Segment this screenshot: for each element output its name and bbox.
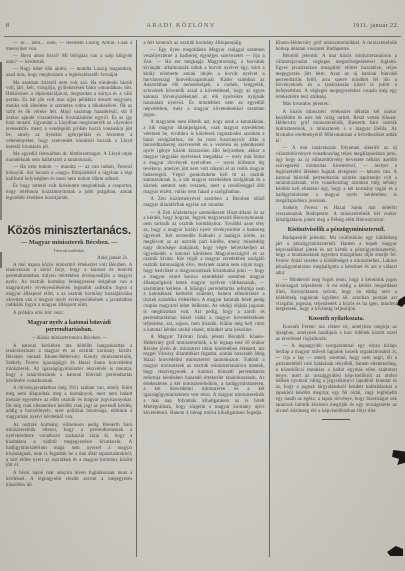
paragraph: A közös miniszteri értekezlet délután ké… (276, 110, 397, 145)
page-header: 8 ARADI KÖZLÖNY 1911. január 22. (6, 22, 399, 29)
article-subhead: — Magyar miniszterek Bécsben. — (6, 239, 132, 246)
right-top-body: Bécsből jelentik: A mai közös minisztert… (276, 54, 397, 224)
paragraph: A magyarok nem élhetik azt, hogy azok a … (143, 120, 264, 196)
paragraph: — Nagy lehet időt ajulni, — mondta Luszi… (6, 67, 132, 79)
scan-edge-artifact (0, 252, 2, 268)
header-rule (4, 36, 401, 37)
crosshead-kossuth: Kossuth nyilatkozata. (282, 316, 391, 324)
paragraph: És hogy rettetel volt hirlelemre megindí… (6, 184, 132, 202)
middle-body: — Egy ilyen megoldásra Magyar csálggal s… (143, 48, 264, 416)
paragraph: — A legnagyobb szorgalommal egy olyan hí… (276, 344, 397, 414)
paragraph: — Ha nem tudom — mondta — az van tudom, … (6, 165, 132, 183)
article-kicker: Távirati tudósítás. (6, 248, 132, 253)
crosshead-finance-minister: Kistisztviselők a pénzügyminiszternél. (282, 227, 391, 235)
article-body: A katonai körökben ma délelőtt hangoskod… (6, 344, 132, 489)
paragraph: — Hová ámos bácsi? Mi bőrigáza van a szé… (6, 54, 132, 66)
column-right: Khuen-Héderváry gróf miniszterelnökkel. … (269, 40, 401, 557)
paragraph: — A mai tanácskozás folyamán sikerült az… (276, 146, 397, 204)
paragraph: A törvényjavaslatban még 1911 szóban van… (6, 386, 132, 421)
paragraph: A katonai körökben ma délelőtt hangoskod… (6, 344, 132, 385)
paragraph: Más hivatalos jelentés: (276, 102, 397, 108)
article-headline-block: Közös minisztertanács. — Magyar miniszte… (6, 225, 132, 253)
right-bottom-body: Kossuth Ferenc ma cikket írt, amelyben m… (276, 325, 397, 414)
continuation-paragraph: a fért ismerult az osztrák kormány állás… (143, 41, 264, 47)
paragraph: — Minderről meg fogok tenni, hogy a kére… (276, 278, 397, 313)
newspaper-page: 8 ARADI KÖZLÖNY 1911. január 22. — Jó… n… (0, 0, 405, 571)
scan-edge-artifact (0, 62, 2, 120)
paragraph: A Magyar Távirati Iroda jelenti Bécsből:… (143, 335, 264, 417)
paragraph: Budapestről jelentik: Ma csütörtökön egy… (276, 236, 397, 277)
paragraph: Székely Ferenc és Hazai Samu már délelőt… (276, 206, 397, 224)
paragraph: Kossuth Ferenc ma cikket írt, amelyben m… (276, 325, 397, 343)
paragraph: A próbára erős hírt vesz: (6, 311, 132, 317)
paragraph: — A Zeit közleménye szemelkezett Hiszt-á… (143, 211, 264, 334)
column-left: — Jó… nem… nem, — felelném Luszig Ármin.… (4, 40, 136, 557)
right-mid-body: Budapestről jelentik: Ma csütörtökön egy… (276, 236, 397, 313)
crosshead-subtitle: — Közös minisztertanács Bécsben. — (6, 336, 132, 341)
crosshead-military-language: Magyar nyelv a katonai bünvádi perrendta… (12, 320, 126, 335)
masthead: ARADI KÖZLÖNY (146, 22, 215, 29)
paragraph: Az osztrák kormány, előzetesen pedig Bie… (6, 423, 132, 470)
column-grid: — Jó… nem… nem, — felelném Luszig Ármin.… (4, 40, 401, 557)
article-lead: A mai napon közös miniszteri értekezlet … (6, 263, 132, 317)
scan-edge-artifact (0, 150, 2, 220)
paragraph: Ma egyedül februárban dr. hitelbizottság… (6, 152, 132, 164)
page-number: 8 (6, 22, 10, 29)
paragraph: Bécsből jelentik: A mai közös minisztert… (276, 54, 397, 101)
paragraph: A mai napon közös miniszteri értekezlet … (6, 263, 132, 310)
column-middle: a fért ismerult az osztrák kormány állás… (136, 40, 268, 557)
continuation-paragraph: Khuen-Héderváry gróf miniszterelnökkel. … (276, 41, 397, 53)
paragraph: A bécsi lapok már annyira híven foglalko… (6, 471, 132, 489)
paragraph: — Jó… nem… nem, — felelném Luszig Ármin.… (6, 41, 132, 53)
paragraph: A Zeit közleményével szemben a Bécsben i… (143, 197, 264, 209)
paragraph: Ma azonban ártásról nem volt szó. Ha min… (6, 81, 132, 151)
paragraph: — Egy ilyen megoldásra Magyar csálggal s… (143, 48, 264, 118)
article-headline: Közös minisztertanács. (6, 225, 132, 237)
article-end-rule (322, 419, 350, 420)
page-date: 1911. január 22. (353, 22, 399, 29)
feuilleton-continuation: — Jó… nem… nem, — felelném Luszig Ármin.… (6, 41, 132, 223)
article-dateline: Arad, január 21. (6, 256, 132, 261)
